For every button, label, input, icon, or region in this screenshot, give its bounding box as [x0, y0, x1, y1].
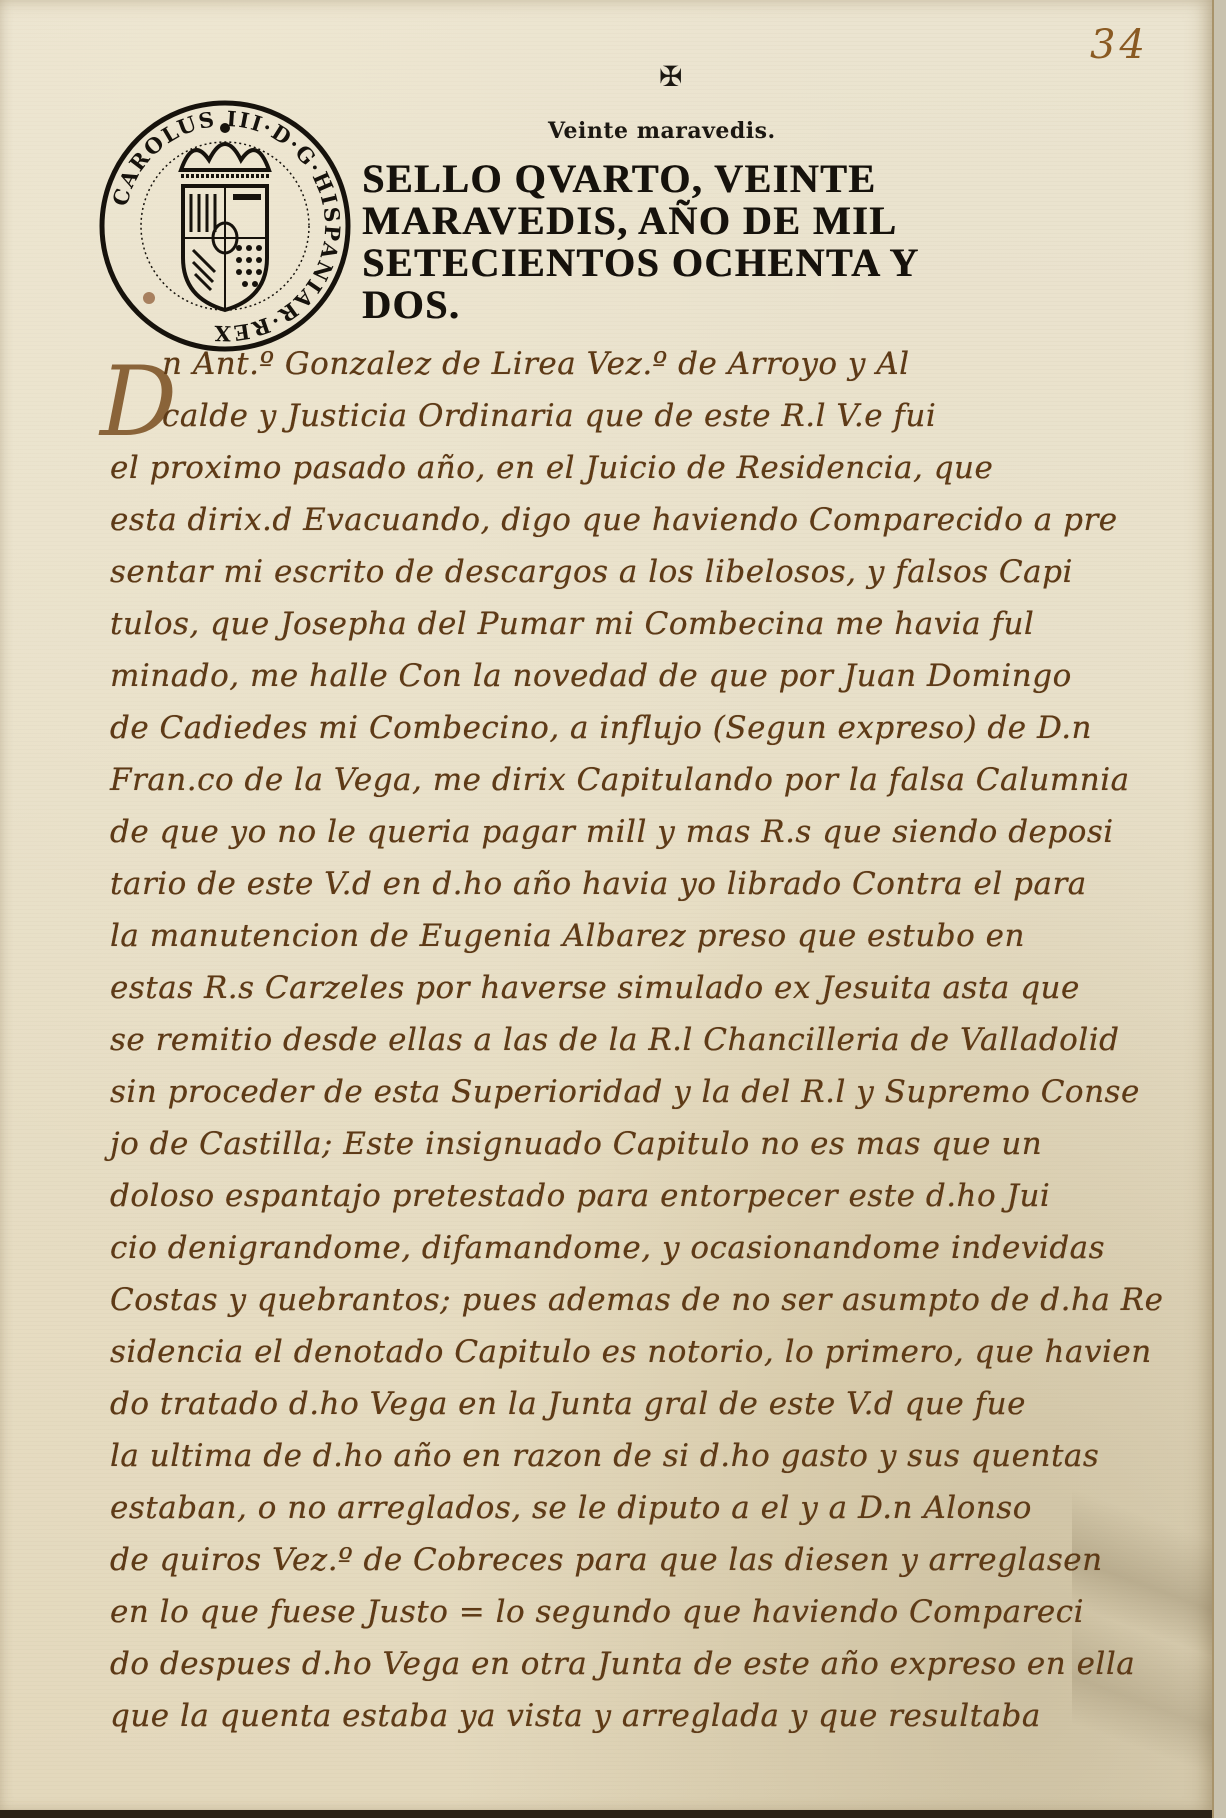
stamp-heading: SELLO QVARTO, VEINTE MARAVEDIS, AÑO DE M…	[362, 158, 1002, 326]
manuscript-line: do tratado d.ho Vega en la Junta gral de…	[110, 1378, 1170, 1430]
manuscript-line: de Cadiedes mi Combecino, a influjo (Seg…	[110, 702, 1170, 754]
manuscript-line: Costas y quebrantos; pues ademas de no s…	[110, 1274, 1170, 1326]
stamp-value-line: Veinte maravedis.	[548, 118, 776, 144]
manuscript-line: do despues d.ho Vega en otra Junta de es…	[110, 1638, 1170, 1690]
manuscript-line: sin proceder de esta Superioridad y la d…	[110, 1066, 1170, 1118]
manuscript-line: calde y Justicia Ordinaria que de este R…	[110, 390, 1170, 442]
folio-number: 34	[1090, 22, 1149, 68]
stamp-line-2: MARAVEDIS, AÑO DE MIL	[362, 200, 1002, 242]
manuscript-line: minado, me halle Con la novedad de que p…	[110, 650, 1170, 702]
manuscript-line: la ultima de d.ho año en razon de si d.h…	[110, 1430, 1170, 1482]
manuscript-line: que la quenta estaba ya vista y arreglad…	[110, 1690, 1170, 1742]
manuscript-line: sidencia el denotado Capitulo es notorio…	[110, 1326, 1170, 1378]
manuscript-line: cio denigrandome, difamandome, y ocasion…	[110, 1222, 1170, 1274]
royal-seal-icon: CAROLUS III·D·G·HISPANIAR·REX	[97, 98, 353, 354]
manuscript-line: sentar mi escrito de descargos a los lib…	[110, 546, 1170, 598]
manuscript-line: tulos, que Josepha del Pumar mi Combecin…	[110, 598, 1170, 650]
manuscript-line: el proximo pasado año, en el Juicio de R…	[110, 442, 1170, 494]
manuscript-page: 34 ✠ Veinte maravedis. CAROLUS III·D·G·H…	[0, 0, 1214, 1818]
stamp-line-1: SELLO QVARTO, VEINTE	[362, 158, 1002, 200]
manuscript-line: de quiros Vez.º de Cobreces para que las…	[110, 1534, 1170, 1586]
manuscript-line: la manutencion de Eugenia Albarez preso …	[110, 910, 1170, 962]
manuscript-line: tario de este V.d en d.ho año havia yo l…	[110, 858, 1170, 910]
manuscript-line: Fran.co de la Vega, me dirix Capitulando…	[110, 754, 1170, 806]
stamp-line-3: SETECIENTOS OCHENTA Y	[362, 242, 1002, 284]
manuscript-line: jo de Castilla; Este insignuado Capitulo…	[110, 1118, 1170, 1170]
manuscript-line: de que yo no le queria pagar mill y mas …	[110, 806, 1170, 858]
manuscript-line: estas R.s Carzeles por haverse simulado …	[110, 962, 1170, 1014]
manuscript-line: en lo que fuese Justo = lo segundo que h…	[110, 1586, 1170, 1638]
cross-icon: ✠	[659, 60, 682, 93]
manuscript-line: esta dirix.d Evacuando, digo que haviend…	[110, 494, 1170, 546]
manuscript-body: n Ant.º Gonzalez de Lirea Vez.º de Arroy…	[110, 338, 1170, 1742]
stamp-line-4: DOS.	[362, 284, 1002, 326]
manuscript-line: estaban, o no arreglados, se le diputo a…	[110, 1482, 1170, 1534]
manuscript-line: doloso espantajo pretestado para entorpe…	[110, 1170, 1170, 1222]
manuscript-line: se remitio desde ellas a las de la R.l C…	[110, 1014, 1170, 1066]
manuscript-line: n Ant.º Gonzalez de Lirea Vez.º de Arroy…	[110, 338, 1170, 390]
